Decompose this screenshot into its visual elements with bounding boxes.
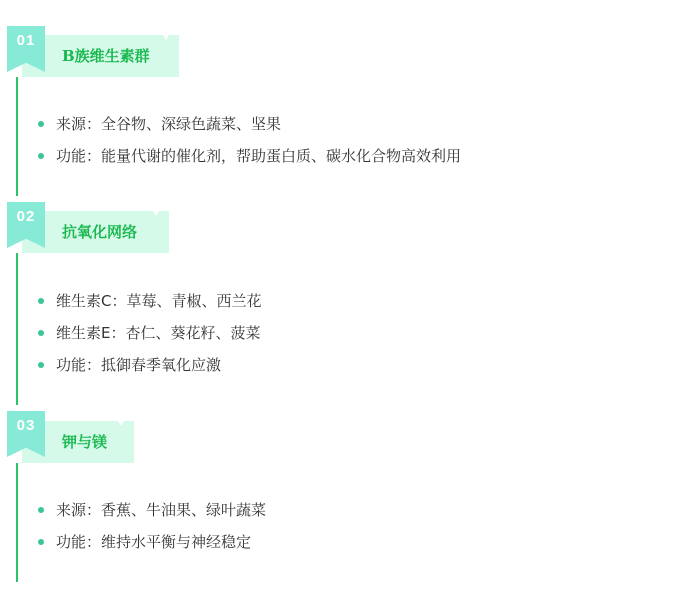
bullet-icon bbox=[38, 330, 44, 336]
item-text: 功能：抵御春季氧化应激 bbox=[56, 356, 221, 374]
item-list: 来源：全谷物、深绿色蔬菜、坚果 功能：能量代谢的催化剂，帮助蛋白质、碳水化合物高… bbox=[38, 108, 461, 172]
item-text: 来源：全谷物、深绿色蔬菜、坚果 bbox=[56, 115, 281, 133]
list-item: 维生素C：草莓、青椒、西兰花 bbox=[38, 285, 261, 317]
bullet-icon bbox=[38, 507, 44, 513]
notch-decoration bbox=[118, 421, 124, 426]
item-text: 维生素E：杏仁、葵花籽、菠菜 bbox=[56, 324, 260, 342]
section-title-box: B族维生素群 bbox=[22, 35, 179, 77]
timeline-line bbox=[16, 77, 18, 196]
bullet-icon bbox=[38, 153, 44, 159]
bullet-icon bbox=[38, 362, 44, 368]
list-item: 来源：全谷物、深绿色蔬菜、坚果 bbox=[38, 108, 461, 140]
list-item: 功能：能量代谢的催化剂，帮助蛋白质、碳水化合物高效利用 bbox=[38, 140, 461, 172]
notch-decoration bbox=[153, 211, 159, 216]
item-text: 来源：香蕉、牛油果、绿叶蔬菜 bbox=[56, 501, 266, 519]
item-text: 维生素C：草莓、青椒、西兰花 bbox=[56, 292, 261, 310]
section-title: B族维生素群 bbox=[62, 35, 150, 77]
list-item: 功能：维持水平衡与神经稳定 bbox=[38, 526, 266, 558]
notch-decoration bbox=[163, 35, 169, 40]
timeline-line bbox=[16, 253, 18, 405]
bullet-icon bbox=[38, 539, 44, 545]
list-item: 维生素E：杏仁、葵花籽、菠菜 bbox=[38, 317, 261, 349]
section-title: 钾与镁 bbox=[62, 421, 107, 463]
item-list: 来源：香蕉、牛油果、绿叶蔬菜 功能：维持水平衡与神经稳定 bbox=[38, 494, 266, 558]
item-list: 维生素C：草莓、青椒、西兰花 维生素E：杏仁、葵花籽、菠菜 功能：抵御春季氧化应… bbox=[38, 285, 261, 381]
bullet-icon bbox=[38, 298, 44, 304]
list-item: 功能：抵御春季氧化应激 bbox=[38, 349, 261, 381]
timeline-line bbox=[16, 463, 18, 582]
item-text: 功能：能量代谢的催化剂，帮助蛋白质、碳水化合物高效利用 bbox=[56, 147, 461, 165]
bullet-icon bbox=[38, 121, 44, 127]
list-item: 来源：香蕉、牛油果、绿叶蔬菜 bbox=[38, 494, 266, 526]
item-text: 功能：维持水平衡与神经稳定 bbox=[56, 533, 251, 551]
section-title: 抗氧化网络 bbox=[62, 211, 137, 253]
